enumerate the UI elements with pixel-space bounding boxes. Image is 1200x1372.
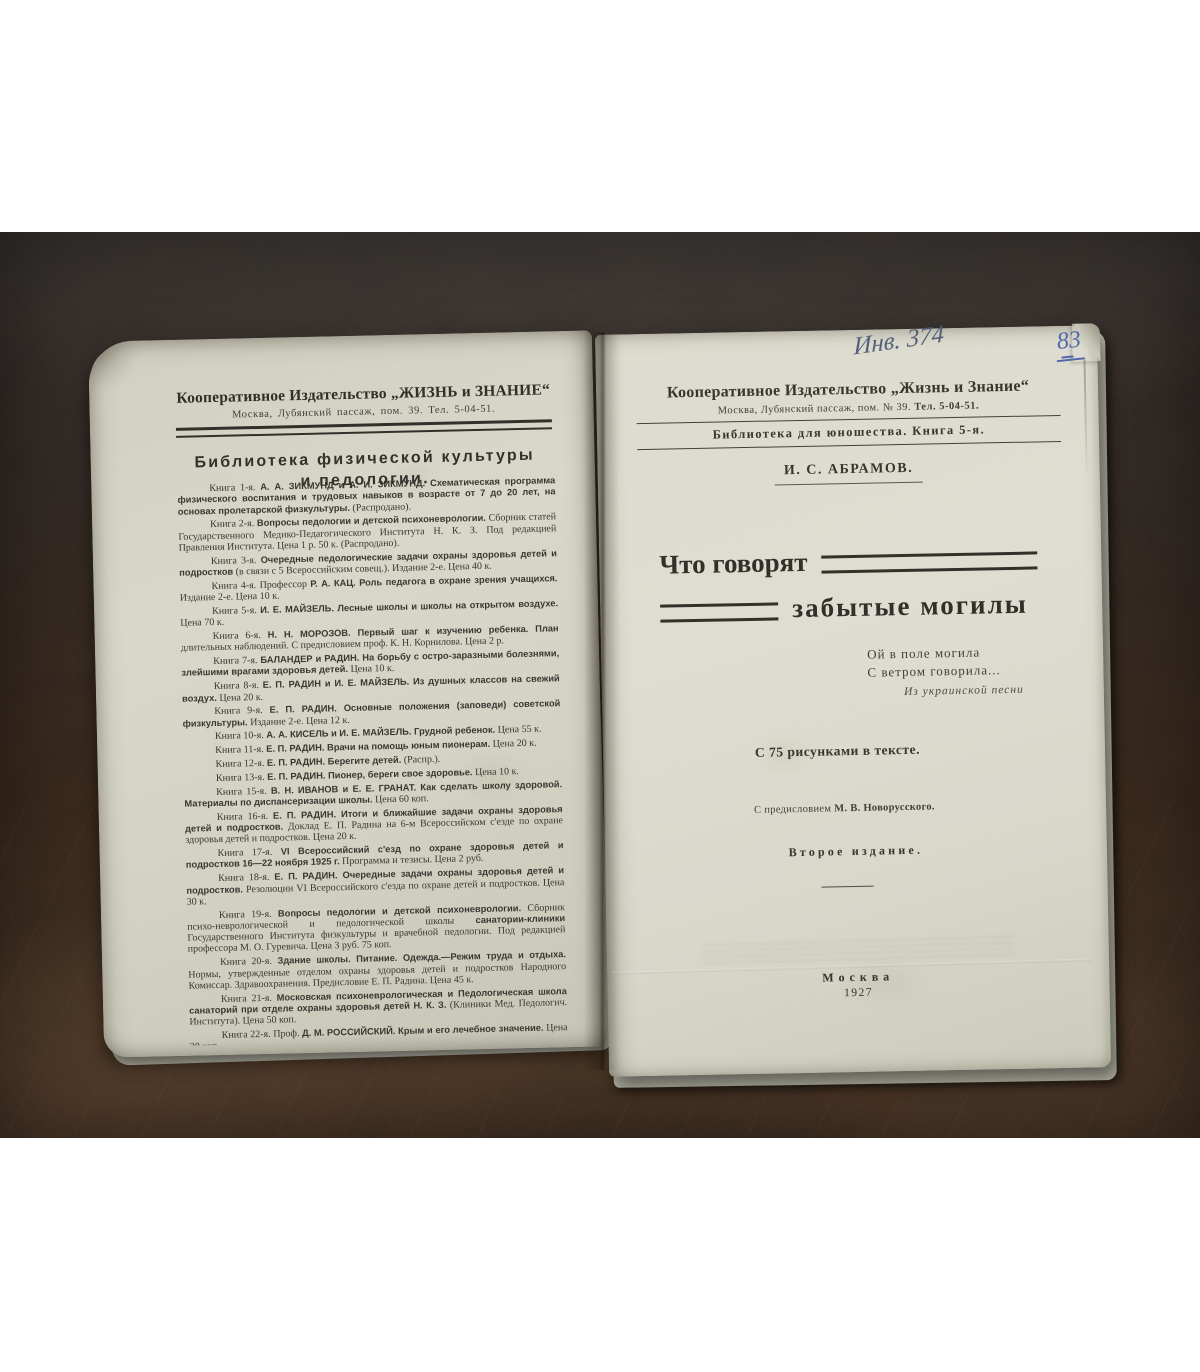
- book-title-line1: Что говорят: [659, 542, 1038, 580]
- preface-note: С предисловием М. В. Новорусского.: [754, 801, 935, 815]
- epigraph: Ой в поле могила С ветром говорила... Из…: [867, 643, 1024, 702]
- right-page-header: Кооперативное Издательство „Жизнь и Знан…: [636, 377, 1061, 450]
- divider-rule: [822, 886, 874, 888]
- handwritten-page-number: 83: [1054, 326, 1085, 362]
- double-rule: [176, 419, 552, 438]
- catalog-title-line1: Библиотека физической культуры: [194, 447, 535, 472]
- book-entry: Книга 2-я. Вопросы педологии и детской п…: [178, 512, 557, 554]
- author-name: И. С. АБРАМОВ.: [775, 461, 923, 486]
- handwritten-inventory-number: Инв. 374: [854, 320, 944, 361]
- illustrations-note: С 75 рисунками в тексте.: [755, 742, 920, 761]
- edition-note: Второе издание.: [605, 839, 1107, 864]
- preface-author-name: М. В. Новорусского.: [834, 801, 935, 814]
- publisher-phone: Тел. 5-04-51.: [914, 401, 979, 413]
- book-title-line2: забытые могилы: [660, 588, 1049, 626]
- book-entry: Книга 16-я. Е. П. РАДИН. Итоги и ближайш…: [185, 804, 564, 846]
- left-page-catalog: Кооперативное Издательство „ЖИЗНЬ и ЗНАН…: [88, 330, 608, 1057]
- title-text-line1: Что говорят: [659, 547, 808, 581]
- series-line: Библиотека для юношества. Книга 5-я.: [637, 421, 1061, 444]
- author-line: И. С. АБРАМОВ.: [597, 455, 1099, 489]
- book-list: Книга 1-я. А. А. ЗИКМУНД и А. И. ЗИКМУНД…: [177, 475, 568, 1045]
- epigraph-source: Из украинской песни: [868, 681, 1024, 702]
- book-entry: Книга 19-я. Вопросы педологии и детской …: [187, 902, 566, 956]
- right-page-title: Инв. 374 83 Кооперативное Издательство „…: [595, 325, 1111, 1077]
- show-through-text: [702, 932, 1015, 965]
- book-entry: Книга 1-я. А. А. ЗИКМУНД и А. И. ЗИКМУНД…: [177, 475, 556, 517]
- title-rule: [660, 602, 778, 622]
- book-entry: Книга 20-я. Здание школы. Питание. Одежд…: [188, 949, 567, 991]
- photo-of-open-book: Кооперативное Издательство „ЖИЗНЬ и ЗНАН…: [0, 0, 1200, 1372]
- book-entry: Книга 18-я. Е. П. РАДИН. Очередные задач…: [186, 865, 565, 907]
- publisher-address-text: Москва, Лубянский пассаж, пом. № 39.: [718, 402, 915, 417]
- epigraph-line2: С ветром говорила...: [867, 661, 1023, 682]
- title-text-line2: забытые могилы: [792, 589, 1028, 625]
- leather-background: Кооперативное Издательство „ЖИЗНЬ и ЗНАН…: [0, 232, 1200, 1138]
- title-rule: [821, 551, 1037, 573]
- preface-note-text: С предисловием: [754, 803, 834, 816]
- book-entry: Книга 21-я. Московская психоневрологичес…: [189, 986, 568, 1028]
